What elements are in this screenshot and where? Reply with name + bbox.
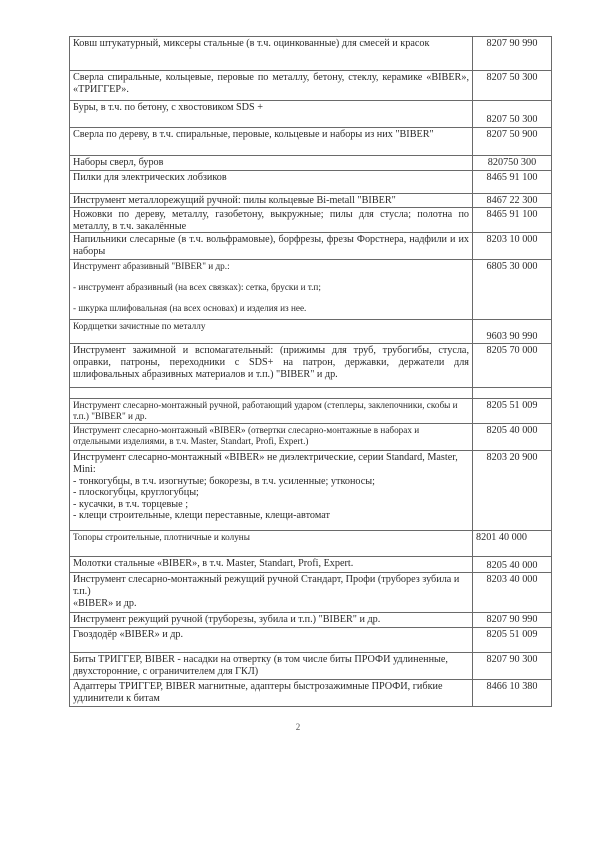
- table-row: Инструмент слесарно-монтажный «BIBER» не…: [70, 451, 552, 531]
- row-code: 8203 40 000: [473, 573, 552, 613]
- table-row: Сверла по дереву, в т.ч. спиральные, пер…: [70, 128, 552, 156]
- row-description: Инструмент слесарно-монтажный режущий ру…: [70, 573, 473, 613]
- row-description: Ковш штукатурный, миксеры стальные (в т.…: [70, 37, 473, 71]
- document-page: Ковш штукатурный, миксеры стальные (в т.…: [0, 0, 596, 842]
- row-code: 8207 90 990: [473, 37, 552, 71]
- row-code: 8205 40 000: [473, 424, 552, 451]
- table-row: Инструмент металлорежущий ручной: пилы к…: [70, 193, 552, 208]
- row-description-line: - инструмент абразивный (на всех связках…: [73, 282, 469, 293]
- product-code-table: Ковш штукатурный, миксеры стальные (в т.…: [69, 36, 552, 707]
- table-row: Кордщетки зачистные по металлу 9603 90 9…: [70, 320, 552, 344]
- row-description: Инструмент зажимной и вспомагательный: (…: [70, 344, 473, 388]
- row-description: Инструмент абразивный "BIBER" и др.: - и…: [70, 260, 473, 320]
- row-description-line: «BIBER» и др.: [73, 598, 469, 610]
- row-code: 8465 91 100: [473, 208, 552, 233]
- table-row: Ножовки по дереву, металлу, газобетону, …: [70, 208, 552, 233]
- table-row: Адаптеры ТРИГГЕР, BIBER магнитные, адапт…: [70, 679, 552, 706]
- row-description: Кордщетки зачистные по металлу: [70, 320, 473, 344]
- row-code: 8205 51 009: [473, 399, 552, 424]
- row-description: Топоры строительные, плотничные и колуны: [70, 531, 473, 557]
- table-row: Ковш штукатурный, миксеры стальные (в т.…: [70, 37, 552, 71]
- table-row: Напильники слесарные (в т.ч. вольфрамовы…: [70, 233, 552, 260]
- row-description: Адаптеры ТРИГГЕР, BIBER магнитные, адапт…: [70, 679, 473, 706]
- row-code: 8207 90 990: [473, 613, 552, 628]
- row-description: Напильники слесарные (в т.ч. вольфрамовы…: [70, 233, 473, 260]
- row-description-line: - шкурка шлифовальная (на всех основах) …: [73, 303, 469, 314]
- row-code: 8207 50 300: [473, 101, 552, 128]
- table-row: Сверла спиральные, кольцевые, перовые по…: [70, 71, 552, 101]
- row-description-line: - кусачки, в т.ч. торцевые ;: [73, 499, 469, 511]
- table-row: Наборы сверл, буров 820750 300: [70, 156, 552, 171]
- table-row: [70, 388, 552, 399]
- row-description: Инструмент режущий ручной (труборезы, зу…: [70, 613, 473, 628]
- row-description-line: Инструмент слесарно-монтажный режущий ру…: [73, 574, 469, 597]
- row-code: 8203 20 900: [473, 451, 552, 531]
- table-row: Гвоздодёр «BIBER» и др. 8205 51 009: [70, 627, 552, 652]
- row-code: 8207 90 300: [473, 652, 552, 679]
- row-description: Гвоздодёр «BIBER» и др.: [70, 627, 473, 652]
- row-code: 9603 90 990: [473, 320, 552, 344]
- row-description: Биты ТРИГГЕР, BIBER - насадки на отвертк…: [70, 652, 473, 679]
- row-code: 6805 30 000: [473, 260, 552, 320]
- row-description: [70, 388, 473, 399]
- row-description: Сверла спиральные, кольцевые, перовые по…: [70, 71, 473, 101]
- row-description-line: - плоскогубцы, круглогубцы;: [73, 487, 469, 499]
- row-description: Буры, в т.ч. по бетону, с хвостовиком SD…: [70, 101, 473, 128]
- table-row: Топоры строительные, плотничные и колуны…: [70, 531, 552, 557]
- table-row: Инструмент слесарно-монтажный ручной, ра…: [70, 399, 552, 424]
- row-description: Пилки для электрических лобзиков: [70, 170, 473, 193]
- row-code: 8205 70 000: [473, 344, 552, 388]
- table-row: Инструмент слесарно-монтажный «BIBER» (о…: [70, 424, 552, 451]
- row-code: 8203 10 000: [473, 233, 552, 260]
- row-code: 8201 40 000: [473, 531, 552, 557]
- table-row: Молотки стальные «BIBER», в т.ч. Master,…: [70, 557, 552, 573]
- row-code: 8465 91 100: [473, 170, 552, 193]
- row-code: 8205 40 000: [473, 557, 552, 573]
- row-description: Молотки стальные «BIBER», в т.ч. Master,…: [70, 557, 473, 573]
- row-code: 8205 51 009: [473, 627, 552, 652]
- row-description-line: - тонкогубцы, в т.ч. изогнутые; бокорезы…: [73, 476, 469, 488]
- row-description: Наборы сверл, буров: [70, 156, 473, 171]
- row-description: Инструмент слесарно-монтажный «BIBER» не…: [70, 451, 473, 531]
- table-row: Биты ТРИГГЕР, BIBER - насадки на отвертк…: [70, 652, 552, 679]
- table-row: Инструмент режущий ручной (труборезы, зу…: [70, 613, 552, 628]
- row-code: 8207 50 900: [473, 128, 552, 156]
- table-row: Буры, в т.ч. по бетону, с хвостовиком SD…: [70, 101, 552, 128]
- row-description: Инструмент слесарно-монтажный «BIBER» (о…: [70, 424, 473, 451]
- row-description-line: Инструмент слесарно-монтажный «BIBER» не…: [73, 452, 469, 475]
- table-row: Инструмент слесарно-монтажный режущий ру…: [70, 573, 552, 613]
- row-description-line: - клещи строительные, клещи переставные,…: [73, 510, 469, 522]
- page-number: 2: [0, 722, 596, 732]
- row-code: 8207 50 300: [473, 71, 552, 101]
- row-code: [473, 388, 552, 399]
- row-description: Сверла по дереву, в т.ч. спиральные, пер…: [70, 128, 473, 156]
- row-description-line: Инструмент абразивный "BIBER" и др.:: [73, 261, 469, 272]
- row-description: Инструмент слесарно-монтажный ручной, ра…: [70, 399, 473, 424]
- row-description: Инструмент металлорежущий ручной: пилы к…: [70, 193, 473, 208]
- table-row: Инструмент зажимной и вспомагательный: (…: [70, 344, 552, 388]
- row-code: 8467 22 300: [473, 193, 552, 208]
- table-row: Инструмент абразивный "BIBER" и др.: - и…: [70, 260, 552, 320]
- table-row: Пилки для электрических лобзиков 8465 91…: [70, 170, 552, 193]
- row-code: 820750 300: [473, 156, 552, 171]
- row-code: 8466 10 380: [473, 679, 552, 706]
- row-description: Ножовки по дереву, металлу, газобетону, …: [70, 208, 473, 233]
